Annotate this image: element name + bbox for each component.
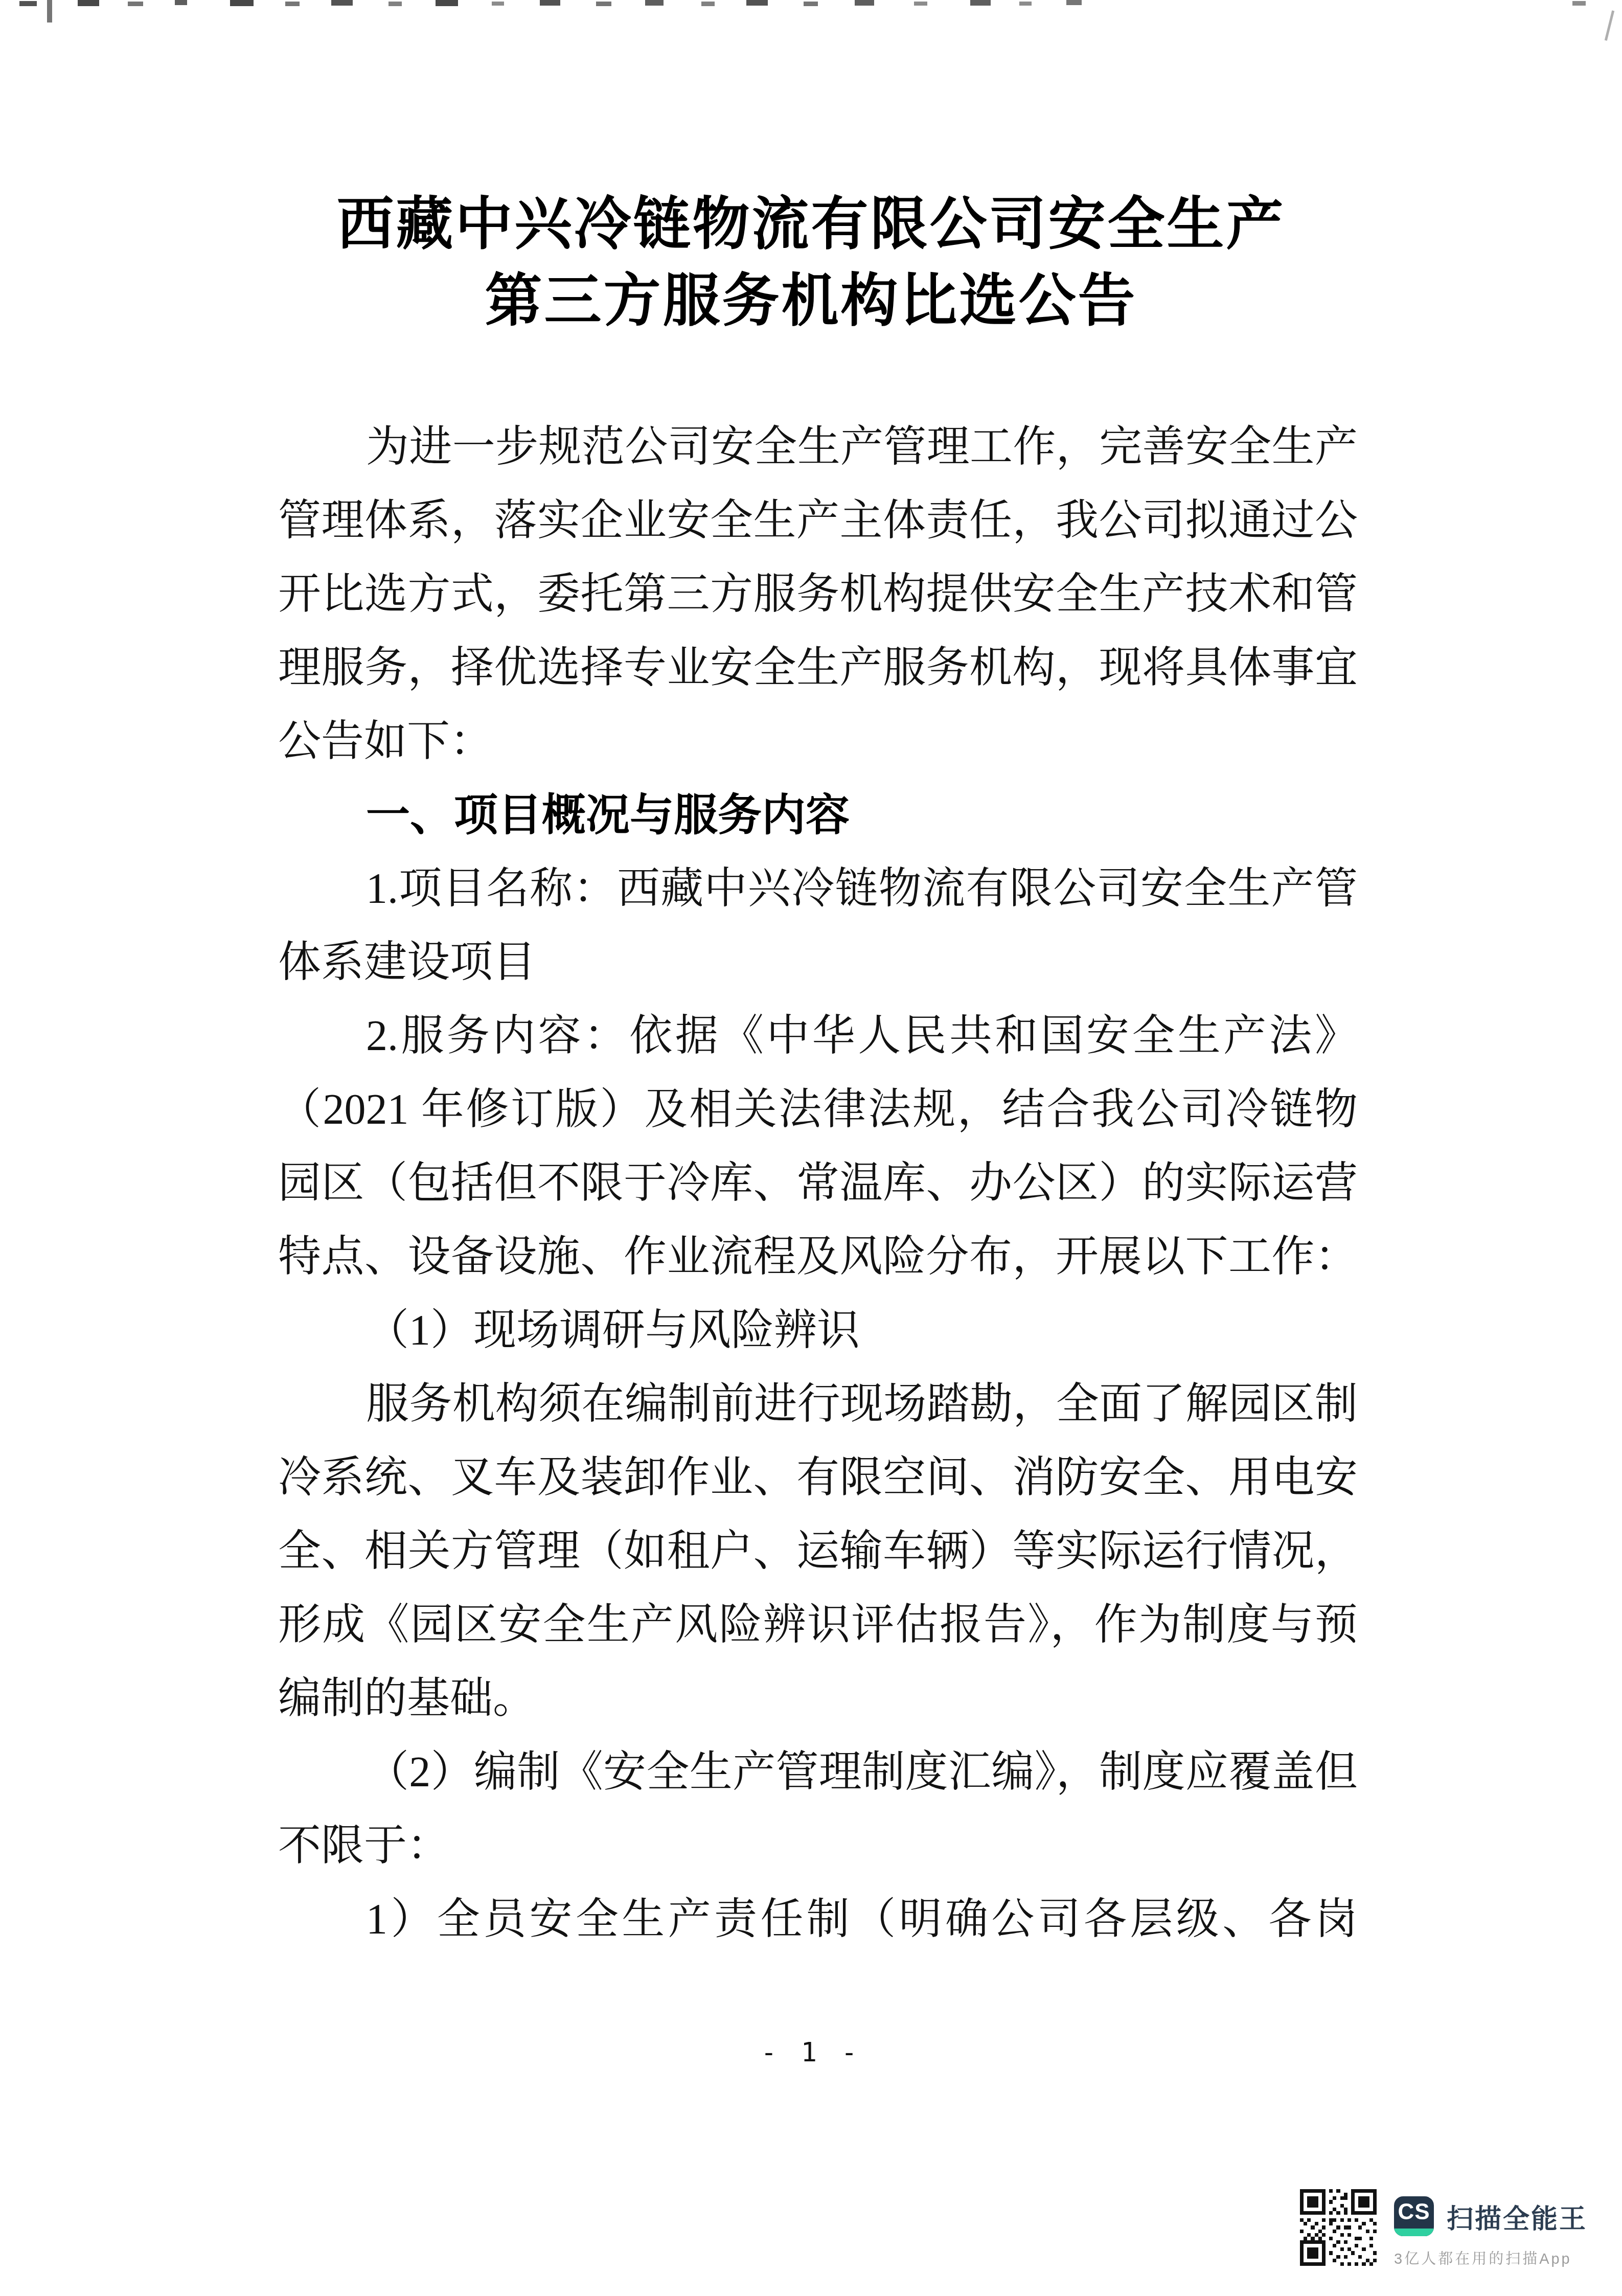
body-line: （1）现场调研与风险辨识 xyxy=(278,1294,1358,1368)
body-line: （2021 年修订版）及相关法律法规，结合我公司冷链物流 xyxy=(278,1073,1358,1147)
body-line: 1.项目名称：西藏中兴冷链物流有限公司安全生产管理 xyxy=(278,852,1358,926)
body-line: 开比选方式，委托第三方服务机构提供安全生产技术和管 xyxy=(278,558,1358,631)
body-line: 服务机构须在编制前进行现场踏勘，全面了解园区制 xyxy=(278,1368,1358,1441)
body-line: 冷系统、叉车及装卸作业、有限空间、消防安全、用电安 xyxy=(278,1441,1358,1515)
camscanner-logo-text: CS xyxy=(1394,2196,1434,2228)
body-line: 特点、设备设施、作业流程及风险分布，开展以下工作： xyxy=(278,1220,1358,1294)
body-line: 编制的基础。 xyxy=(278,1662,1358,1736)
document-title-line-1: 西藏中兴冷链物流有限公司安全生产 xyxy=(0,187,1622,263)
body-line: 理服务，择优选择专业安全生产服务机构，现将具体事宜 xyxy=(278,631,1358,705)
body-line: 1）全员安全生产责任制（明确公司各层级、各岗位， xyxy=(278,1883,1358,1957)
body-line: 为进一步规范公司安全生产管理工作，完善安全生产 xyxy=(278,411,1358,484)
body-line: 全、相关方管理（如租户、运输车辆）等实际运行情况， xyxy=(278,1515,1358,1588)
document-title-line-2: 第三方服务机构比选公告 xyxy=(0,263,1622,340)
page-number: - 1 - xyxy=(0,2037,1622,2068)
body-line: 不限于： xyxy=(278,1809,1358,1883)
body-line: 2.服务内容：依据《中华人民共和国安全生产法》 xyxy=(278,999,1358,1073)
body-line: （2）编制《安全生产管理制度汇编》，制度应覆盖但 xyxy=(278,1736,1358,1809)
document-body: 为进一步规范公司安全生产管理工作，完善安全生产 管理体系，落实企业安全生产主体责… xyxy=(278,411,1358,1957)
camscanner-watermark: CS 扫描全能王 3亿人都在用的扫描App xyxy=(1300,2189,1587,2268)
body-line: 园区（包括但不限于冷库、常温库、办公区）的实际运营 xyxy=(278,1147,1358,1220)
body-line: 管理体系，落实企业安全生产主体责任，我公司拟通过公 xyxy=(278,484,1358,558)
body-line: 体系建设项目 xyxy=(278,926,1358,999)
qr-code xyxy=(1300,2189,1377,2266)
camscanner-logo: CS xyxy=(1394,2196,1434,2236)
document-title: 西藏中兴冷链物流有限公司安全生产 第三方服务机构比选公告 xyxy=(0,187,1622,340)
section-heading: 一、项目概况与服务内容 xyxy=(278,779,1358,852)
body-line: 形成《园区安全生产风险辨识评估报告》，作为制度与预案 xyxy=(278,1588,1358,1662)
camscanner-app-name: 扫描全能王 xyxy=(1447,2197,1587,2236)
scanned-document-page: 西藏中兴冷链物流有限公司安全生产 第三方服务机构比选公告 为进一步规范公司安全生… xyxy=(0,0,1622,2296)
body-line: 公告如下： xyxy=(278,705,1358,779)
camscanner-logo-green-strip xyxy=(1394,2229,1434,2236)
camscanner-tagline: 3亿人都在用的扫描App xyxy=(1394,2247,1587,2268)
